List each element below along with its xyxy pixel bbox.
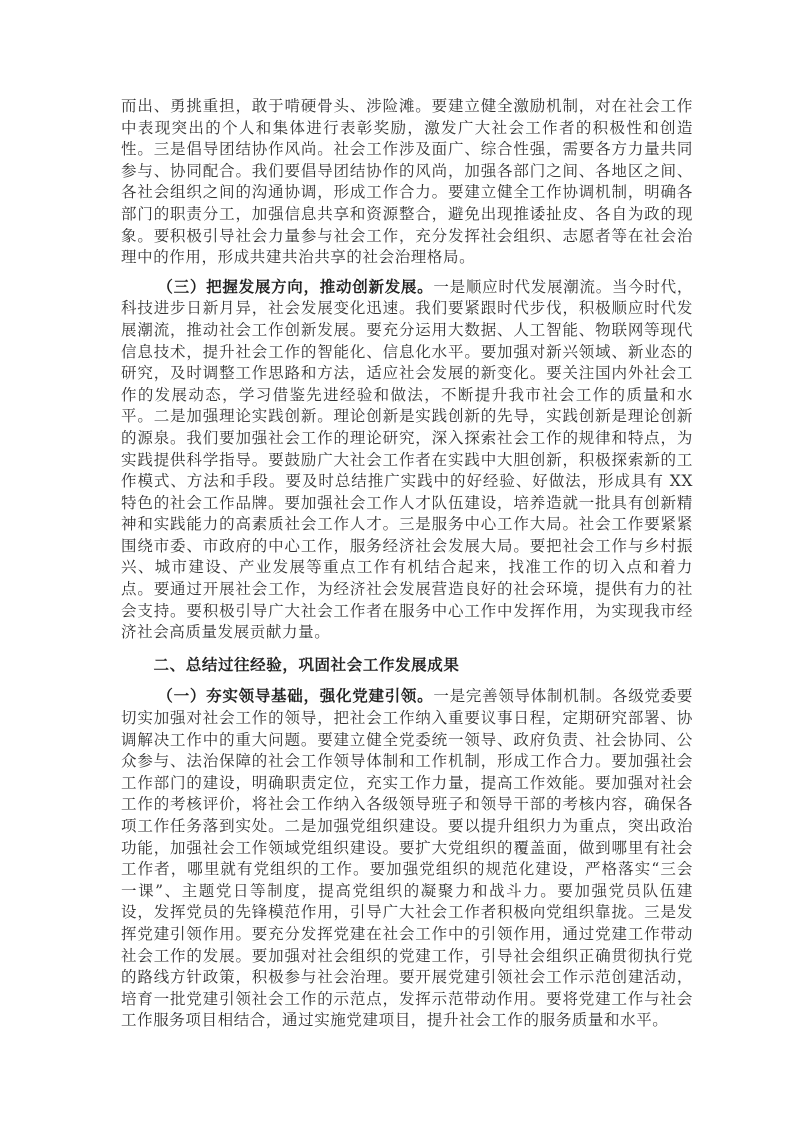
body-paragraph-innovation: （三）把握发展方向，推动创新发展。一是顺应时代发展潮流。当今时代，科技进步日新月… [121, 276, 693, 644]
section-heading: 二、总结过往经验，巩固社会工作发展成果 [121, 654, 693, 676]
subsection-lead-heading: （三）把握发展方向，推动创新发展。 [157, 277, 433, 296]
paragraph-text: 一是顺应时代发展潮流。当今时代，科技进步日新月异，社会发展变化迅速。我们要紧跟时… [121, 278, 693, 642]
paragraph-text: 而出、勇挑重担，敢于啃硬骨头、涉险滩。要建立健全激励机制，对在社会工作中表现突出… [121, 97, 693, 266]
document-page: 而出、勇挑重担，敢于啃硬骨头、涉险滩。要建立健全激励机制，对在社会工作中表现突出… [121, 96, 693, 1032]
paragraph-text: 一是完善领导体制机制。各级党委要切实加强对社会工作的领导，把社会工作纳入重要议事… [121, 687, 693, 1029]
paragraph-spacer [121, 675, 693, 685]
paragraph-spacer [121, 269, 693, 276]
body-paragraph-continued: 而出、勇挑重担，敢于啃硬骨头、涉险滩。要建立健全激励机制，对在社会工作中表现突出… [121, 96, 693, 269]
subsection-lead-heading: （一）夯实领导基础，强化党建引领。 [157, 686, 433, 705]
body-paragraph-leadership: （一）夯实领导基础，强化党建引领。一是完善领导体制机制。各级党委要切实加强对社会… [121, 685, 693, 1032]
paragraph-spacer [121, 644, 693, 654]
